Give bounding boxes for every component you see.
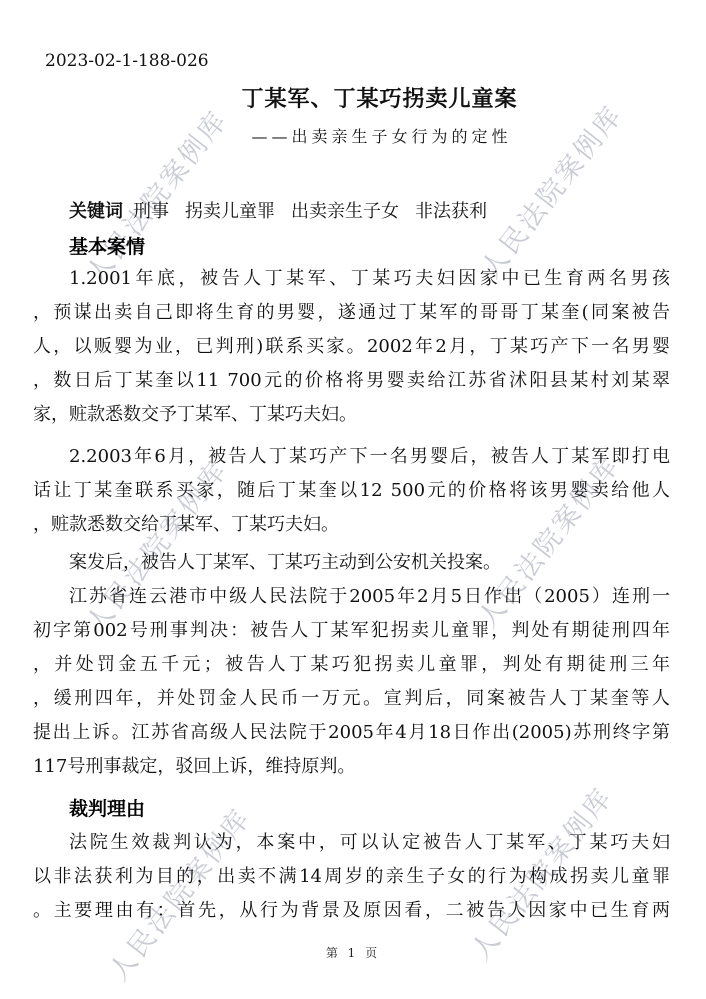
paragraph-basic-facts-4: 江苏省连云港市中级人民法院于2005年2月5日作出（2005）连刑一 初字第00… (33, 580, 670, 784)
document-subtitle: ——出卖亲生子女行为的定性 (63, 124, 700, 150)
keyword-item: 刑事 (133, 201, 169, 222)
section-heading-basic-facts: 基本案情 (33, 232, 670, 262)
paragraph-line: 1.2001年底，被告人丁某军、丁某巧夫妇因家中已生育两名男孩 (33, 262, 670, 296)
paragraph-line: 家，赃款悉数交予丁某军、丁某巧夫妇。 (33, 398, 670, 432)
paragraph-basic-facts-2: 2.2003年6月，被告人丁某巧产下一名男婴后，被告人丁某军即打电 话让丁某奎联… (33, 440, 670, 542)
paragraph-line: 案发后，被告人丁某军、丁某巧主动到公安机关投案。 (33, 546, 670, 580)
paragraph-line: 以非法获利为目的，出卖不满14周岁的亲生子女的行为构成拐卖儿童罪 (33, 860, 670, 894)
paragraph-basic-facts-1: 1.2001年底，被告人丁某军、丁某巧夫妇因家中已生育两名男孩 ，预谋出卖自己即… (33, 262, 670, 432)
keywords-label: 关键词 (69, 201, 123, 222)
paragraph-line: 话让丁某奎联系买家，随后丁某奎以12 500元的价格将该男婴卖给他人 (33, 474, 670, 508)
keywords-row: 关键词刑事拐卖儿童罪出卖亲生子女非法获利 (33, 196, 670, 228)
paragraph-line: 2.2003年6月，被告人丁某巧产下一名男婴后，被告人丁某军即打电 (33, 440, 670, 474)
keyword-item: 拐卖儿童罪 (185, 201, 275, 222)
document-page: 人民法院案例库 人民法院案例库 人民法院案例库 人民法院案例库 人民法院案例库 … (0, 0, 706, 999)
keyword-item: 出卖亲生子女 (291, 201, 399, 222)
section-heading-reasoning: 裁判理由 (33, 794, 670, 824)
paragraph-line: ，数日后丁某奎以11 700元的价格将男婴卖给江苏省沭阳县某村刘某翠 (33, 364, 670, 398)
page-footer: 第 1 页 (0, 944, 706, 961)
paragraph-line: ，缓刑四年，并处罚金人民币一万元。宣判后，同案被告人丁某奎等人 (33, 682, 670, 716)
paragraph-line: ，并处罚金五千元；被告人丁某巧犯拐卖儿童罪，判处有期徒刑三年 (33, 648, 670, 682)
keyword-item: 非法获利 (415, 201, 487, 222)
document-content: 2023-02-1-188-026 丁某军、丁某巧拐卖儿童案 ——出卖亲生子女行… (0, 0, 706, 928)
paragraph-basic-facts-3: 案发后，被告人丁某军、丁某巧主动到公安机关投案。 (33, 546, 670, 580)
paragraph-line: 江苏省连云港市中级人民法院于2005年2月5日作出（2005）连刑一 (33, 580, 670, 614)
paragraph-line: 初字第002号刑事判决：被告人丁某军犯拐卖儿童罪，判处有期徒刑四年 (33, 614, 670, 648)
paragraph-line: 117号刑事裁定，驳回上诉，维持原判。 (33, 750, 670, 784)
paragraph-line: 提出上诉。江苏省高级人民法院于2005年4月18日作出(2005)苏刑终字第 (33, 716, 670, 750)
case-number: 2023-02-1-188-026 (45, 50, 670, 72)
paragraph-line: 人，以贩婴为业，已判刑)联系买家。2002年2月，丁某巧产下一名男婴 (33, 330, 670, 364)
paragraph-line: ，预谋出卖自己即将生育的男婴，遂通过丁某军的哥哥丁某奎(同案被告 (33, 296, 670, 330)
document-title: 丁某军、丁某巧拐卖儿童案 (61, 84, 698, 114)
paragraph-reasoning-1: 法院生效裁判认为，本案中，可以认定被告人丁某军、丁某巧夫妇 以非法获利为目的，出… (33, 826, 670, 928)
paragraph-line: 。主要理由有：首先，从行为背景及原因看，二被告人因家中已生育两 (33, 894, 670, 928)
paragraph-line: 法院生效裁判认为，本案中，可以认定被告人丁某军、丁某巧夫妇 (33, 826, 670, 860)
paragraph-line: ，赃款悉数交给丁某军、丁某巧夫妇。 (33, 508, 670, 542)
